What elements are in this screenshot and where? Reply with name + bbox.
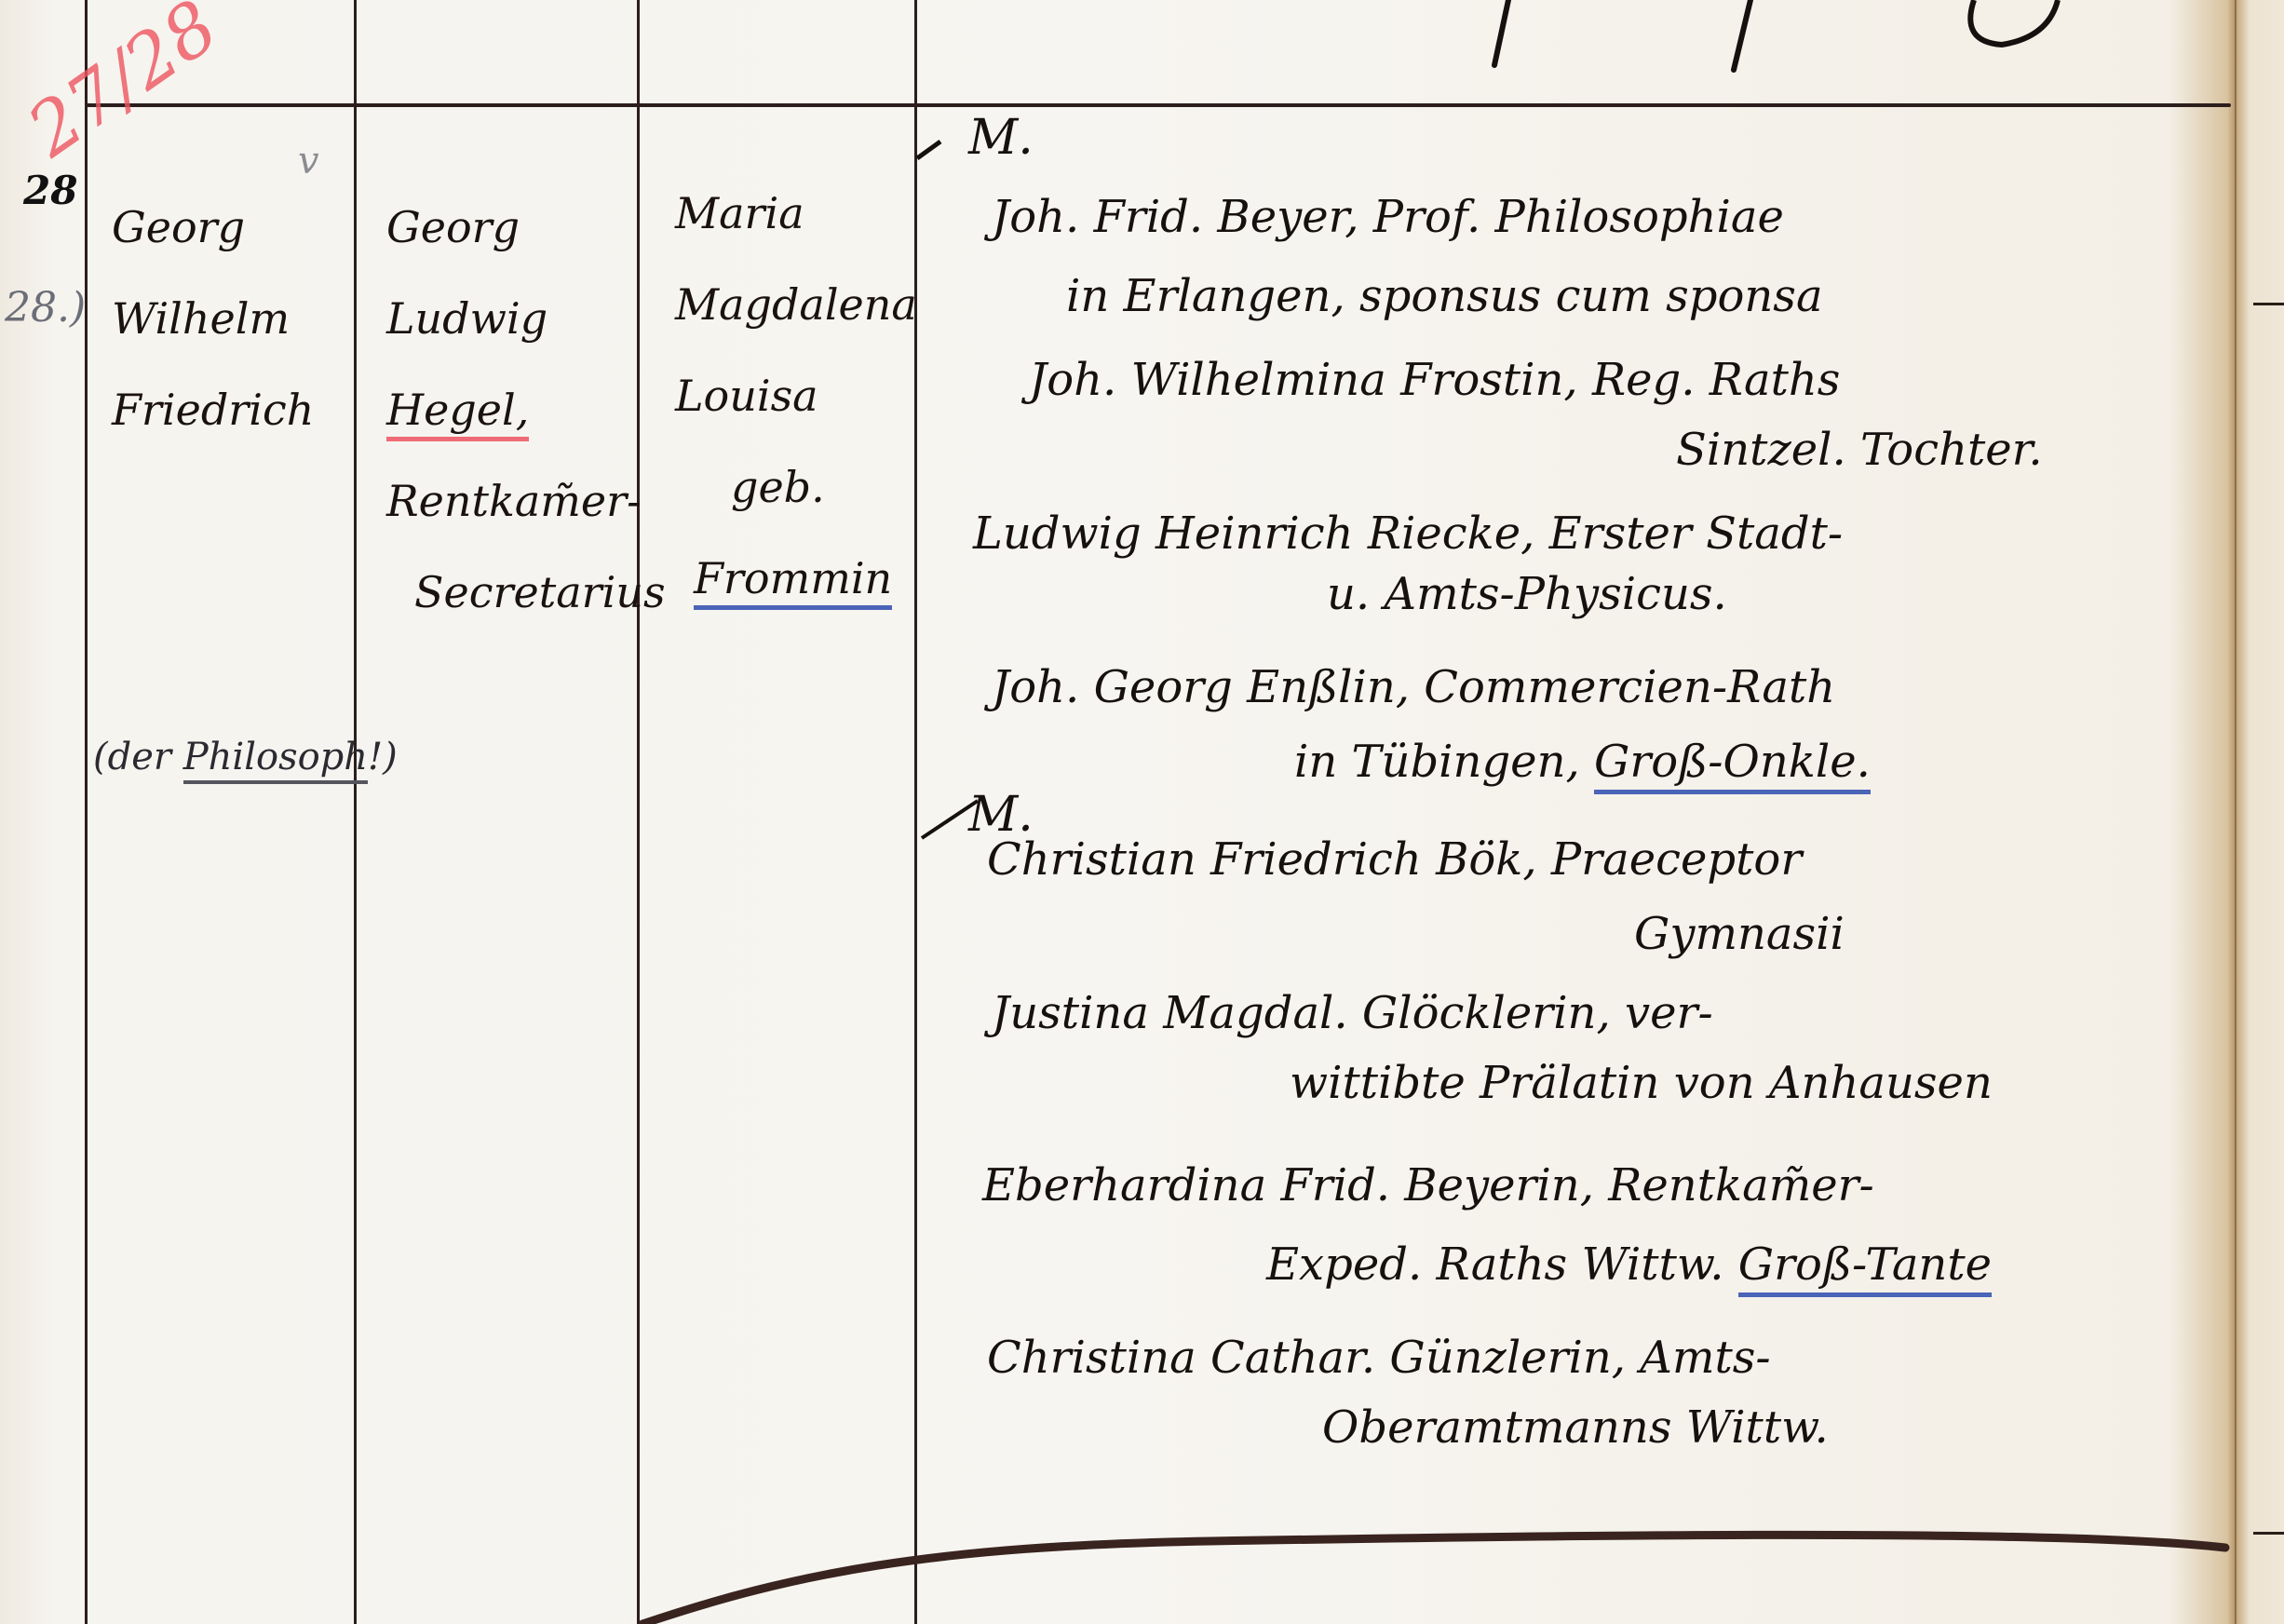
magister-mark: M. bbox=[968, 110, 1034, 166]
adjacent-page-edge bbox=[2235, 0, 2284, 1624]
godparent-line: Gymnasii bbox=[1634, 908, 1845, 960]
godparent-line: Oberamtmanns Wittw. bbox=[1322, 1401, 1829, 1454]
mother-name: Maria Magdalena Louisa geb. Frommin bbox=[675, 168, 917, 624]
father-occupation-line: Secretarius bbox=[386, 547, 666, 638]
philosopher-annotation: (der Philosoph!) bbox=[93, 736, 398, 778]
godparent-line: Eberhardina Frid. Beyerin, Rentkam̃er- bbox=[982, 1159, 1874, 1211]
mother-name-line: Magdalena bbox=[675, 259, 917, 350]
godparent-line: in Erlangen, sponsus cum sponsa bbox=[1066, 270, 1823, 322]
child-name-line: Wilhelm bbox=[112, 273, 314, 364]
godparent-line: Christian Friedrich Bök, Praeceptor bbox=[987, 833, 1802, 886]
adjacent-page-rule bbox=[2253, 303, 2284, 305]
mother-name-line: Maria bbox=[675, 168, 917, 259]
mother-name-line: geb. bbox=[675, 441, 917, 533]
godparent-line: Joh. Georg Enßlin, Commercien-Rath bbox=[992, 661, 1835, 713]
pencil-entry-number: 28.) bbox=[5, 284, 86, 332]
godparent-line: wittibte Prälatin von Anhausen bbox=[1290, 1057, 1993, 1109]
godparent-line: Joh. Wilhelmina Frostin, Reg. Raths bbox=[1029, 354, 1840, 406]
entry-number: 28 bbox=[23, 168, 77, 213]
father-name-line: Ludwig bbox=[386, 273, 666, 364]
adjacent-page-rule bbox=[2253, 1532, 2284, 1535]
father-surname-underlined: Hegel, bbox=[386, 385, 529, 441]
godparent-relation-underlined: Groß-Onkle. bbox=[1594, 736, 1871, 794]
mother-name-line: Louisa bbox=[675, 350, 917, 441]
annotation-underlined-word: Philosoph bbox=[183, 736, 368, 784]
pencil-check-mark: v bbox=[298, 140, 319, 183]
godparent-line: Joh. Frid. Beyer, Prof. Philosophiae bbox=[992, 191, 1784, 243]
godparent-line: Christina Cathar. Günzlerin, Amts- bbox=[987, 1332, 1771, 1384]
godparent-line: Ludwig Heinrich Riecke, Erster Stadt- bbox=[973, 507, 1843, 560]
child-name-line: Friedrich bbox=[112, 364, 314, 455]
godparent-line: Sintzel. Tochter. bbox=[1676, 424, 2043, 476]
mother-maiden-name-underlined: Frommin bbox=[694, 553, 892, 610]
father-name-line: Georg bbox=[386, 182, 666, 273]
father-name: Georg Ludwig Hegel, Rentkam̃er- Secretar… bbox=[386, 182, 666, 638]
child-name-line: Georg bbox=[112, 182, 314, 273]
godparent-line: u. Amts-Physicus. bbox=[1327, 568, 1727, 620]
godparent-relation-underlined: Groß-Tante bbox=[1738, 1238, 1992, 1297]
father-occupation-line: Rentkam̃er- bbox=[386, 455, 666, 547]
godparent-line: Justina Magdal. Glöcklerin, ver- bbox=[992, 987, 1713, 1039]
child-name: Georg Wilhelm Friedrich bbox=[112, 182, 314, 455]
register-page: 27/28 28 28.) v Georg Wilhelm Friedrich … bbox=[0, 0, 2235, 1624]
